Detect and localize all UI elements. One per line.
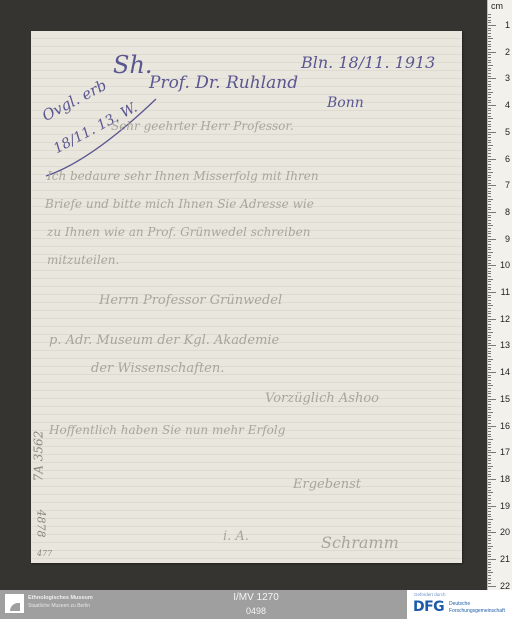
ruler-tick [488, 263, 491, 264]
ruler-tick [488, 303, 491, 304]
ruler-tick [488, 380, 491, 381]
ruler-tick [488, 308, 491, 309]
ruler-tick [488, 492, 493, 493]
ruler-label: 13 [500, 340, 510, 350]
ruler-tick [488, 305, 493, 306]
ruler-tick [488, 324, 491, 325]
ruler-tick [488, 150, 491, 151]
ruler-tick [488, 551, 491, 552]
ruler-tick [488, 161, 491, 162]
dfg-logo: Gefördert durch DFG Deutsche Forschungsg… [407, 590, 512, 619]
ruler-tick [488, 359, 493, 360]
ruler-tick [488, 463, 491, 464]
ruler-tick [488, 217, 491, 218]
page-number-small: 477 [37, 549, 52, 558]
ruler-tick [488, 199, 493, 200]
ruler-tick [488, 183, 491, 184]
ruler-tick [488, 121, 491, 122]
ruler-label: 2 [505, 47, 510, 57]
ruler-tick [488, 142, 491, 143]
ruler-tick [488, 329, 491, 330]
ruler-tick [488, 474, 491, 475]
underline-stroke [41, 91, 161, 181]
ruler-tick [488, 506, 496, 507]
ruler-tick [488, 522, 491, 523]
ruler-tick [488, 417, 491, 418]
body-line: Briefe und bitte mich Ihnen Sie Adresse … [45, 197, 314, 211]
ruler-tick [488, 70, 491, 71]
address-line: der Wissenschaften. [91, 361, 224, 376]
recipient-city: Bonn [327, 95, 364, 111]
ruler-tick [488, 153, 491, 154]
ruler-tick [488, 84, 491, 85]
cm-ruler: cm 12345678910111213141516171819202122 [487, 0, 512, 590]
ruler-tick [488, 364, 491, 365]
ruler-tick [488, 249, 491, 250]
ruler-tick [488, 458, 491, 459]
ruler-tick [488, 479, 496, 480]
ruler-tick [488, 431, 491, 432]
ruler-tick [488, 455, 491, 456]
ruler-tick [488, 367, 491, 368]
ruler-tick [488, 137, 491, 138]
ruler-tick [488, 393, 491, 394]
ruler-tick [488, 169, 491, 170]
ruler-tick [488, 345, 496, 346]
ruler-tick [488, 287, 491, 288]
ruler-tick [488, 351, 491, 352]
ruler-tick [488, 231, 491, 232]
ruler-label: 12 [500, 314, 510, 324]
ruler-tick [488, 532, 496, 533]
ruler-tick [488, 514, 491, 515]
ruler-tick [488, 385, 493, 386]
ruler-tick [488, 193, 491, 194]
ruler-tick [488, 17, 491, 18]
ruler-label: 4 [505, 100, 510, 110]
ruler-tick [488, 468, 491, 469]
letter-date: Bln. 18/11. 1913 [301, 53, 435, 72]
ruler-tick [488, 271, 491, 272]
ruler-tick [488, 185, 496, 186]
ruler-unit: cm [491, 1, 503, 11]
ruler-tick [488, 118, 493, 119]
ruler-tick [488, 257, 491, 258]
ruler-tick [488, 54, 491, 55]
ruler-tick [488, 209, 491, 210]
ruler-tick [488, 404, 491, 405]
ruler-tick [488, 524, 491, 525]
dfg-mark: DFG [413, 599, 444, 615]
ruler-tick [488, 543, 491, 544]
ruler-tick [488, 124, 491, 125]
ruler-tick [488, 49, 491, 50]
ruler-tick [488, 546, 493, 547]
ruler-tick [488, 279, 493, 280]
ruler-tick [488, 516, 491, 517]
ruler-tick [488, 44, 491, 45]
ruler-tick [488, 554, 491, 555]
ruler-tick [488, 586, 496, 587]
ruler-tick [488, 388, 491, 389]
body-line: mitzuteilen. [47, 253, 119, 267]
ruler-tick [488, 482, 491, 483]
ruler-tick [488, 284, 491, 285]
ruler-tick [488, 383, 491, 384]
ruler-tick [488, 375, 491, 376]
ruler-tick [488, 578, 491, 579]
ruler-tick [488, 167, 491, 168]
ruler-tick [488, 25, 496, 26]
salutation: Sehr geehrter Herr Professor. [111, 119, 294, 133]
ruler-tick [488, 159, 496, 160]
ruler-tick [488, 570, 491, 571]
ruler-tick [488, 236, 491, 237]
ruler-tick [488, 450, 491, 451]
ruler-tick [488, 527, 491, 528]
ruler-tick [488, 52, 496, 53]
ruler-tick [488, 36, 491, 37]
ruler-tick [488, 580, 491, 581]
ruler-tick [488, 252, 493, 253]
ruler-tick [488, 442, 491, 443]
ruler-tick [488, 289, 491, 290]
ruler-tick [488, 353, 491, 354]
ruler-tick [488, 97, 491, 98]
ruler-tick [488, 407, 491, 408]
ruler-tick [488, 311, 491, 312]
ruler-tick [488, 409, 491, 410]
ruler-tick [488, 113, 491, 114]
ruler-tick [488, 292, 496, 293]
ruler-tick [488, 508, 491, 509]
ruler-tick [488, 316, 491, 317]
ruler-tick [488, 332, 493, 333]
ruler-tick [488, 535, 491, 536]
ruler-tick [488, 60, 491, 61]
ruler-tick [488, 177, 491, 178]
ruler-tick [488, 212, 496, 213]
ruler-tick [488, 62, 491, 63]
signature: Schramm [321, 533, 399, 552]
ruler-tick [488, 327, 491, 328]
ruler-tick [488, 495, 491, 496]
scan-area: Sh. Prof. Dr. Ruhland Bln. 18/11. 1913 B… [0, 0, 512, 590]
vertical-number: 4878 [35, 510, 48, 538]
ruler-tick [488, 295, 491, 296]
address-line: Herrn Professor Grünwedel [99, 293, 282, 308]
ruler-tick [488, 484, 491, 485]
ruler-tick [488, 244, 491, 245]
ruler-tick [488, 14, 491, 15]
ruler-tick [488, 132, 496, 133]
ruler-label: 11 [501, 287, 510, 297]
ruler-tick [488, 490, 491, 491]
ruler-tick [488, 420, 491, 421]
ruler-tick [488, 46, 491, 47]
ruler-tick [488, 22, 491, 23]
ruler-tick [488, 452, 496, 453]
ruler-tick [488, 434, 491, 435]
ruler-tick [488, 225, 493, 226]
ruler-label: 20 [500, 527, 510, 537]
ruler-tick [488, 116, 491, 117]
ruler-tick [488, 361, 491, 362]
ruler-tick [488, 343, 491, 344]
ruler-tick [488, 41, 491, 42]
ruler-tick [488, 476, 491, 477]
body-line: Hoffentlich haben Sie nun mehr Erfolg [49, 423, 285, 437]
ruler-tick [488, 498, 491, 499]
ruler-label: 21 [500, 554, 510, 564]
closing: Ergebenst [293, 477, 361, 492]
ruler-tick [488, 300, 491, 301]
recipient-title: Prof. Dr. Ruhland [149, 73, 298, 93]
ruler-tick [488, 583, 491, 584]
ruler-tick [488, 391, 491, 392]
ruler-label: 19 [500, 501, 510, 511]
ruler-label: 16 [500, 421, 510, 431]
ruler-tick [488, 175, 491, 176]
ruler-tick [488, 412, 493, 413]
ruler-tick [488, 140, 491, 141]
ruler-tick [488, 356, 491, 357]
ruler-tick [488, 81, 491, 82]
ruler-label: 14 [500, 367, 510, 377]
ruler-tick [488, 530, 491, 531]
ruler-tick [488, 399, 496, 400]
ruler-tick [488, 148, 491, 149]
ruler-tick [488, 562, 491, 563]
ruler-tick [488, 415, 491, 416]
ruler-label: 5 [505, 127, 510, 137]
ruler-tick [488, 276, 491, 277]
ruler-tick [488, 396, 491, 397]
ruler-tick [488, 188, 491, 189]
ruler-tick [488, 28, 491, 29]
ruler-tick [488, 572, 493, 573]
ruler-label: 8 [505, 207, 510, 217]
ruler-tick [488, 538, 491, 539]
ruler-tick [488, 180, 491, 181]
ruler-tick [488, 191, 491, 192]
ruler-tick [488, 228, 491, 229]
ruler-tick [488, 86, 491, 87]
ruler-tick [488, 519, 493, 520]
ruler-tick [488, 466, 493, 467]
ruler-tick [488, 265, 496, 266]
body-line: Ich bedaure sehr Ihnen Misserfolg mit Ih… [47, 169, 319, 183]
ruler-tick [488, 207, 491, 208]
ruler-tick [488, 204, 491, 205]
ruler-tick [488, 220, 491, 221]
ruler-tick [488, 401, 491, 402]
ruler-tick [488, 57, 491, 58]
ruler-tick [488, 319, 496, 320]
ruler-tick [488, 447, 491, 448]
ruler-tick [488, 377, 491, 378]
ruler-tick [488, 102, 491, 103]
ruler-tick [488, 110, 491, 111]
ruler-label: 9 [505, 234, 510, 244]
dfg-name-line1: Deutsche [449, 601, 470, 607]
ruler-tick [488, 129, 491, 130]
ruler-tick [488, 426, 496, 427]
ruler-tick [488, 105, 496, 106]
per-procura: i. A. [223, 529, 249, 544]
ruler-tick [488, 460, 491, 461]
ruler-tick [488, 100, 491, 101]
ruler-tick [488, 126, 491, 127]
ruler-tick [488, 92, 493, 93]
ruler-tick [488, 548, 491, 549]
letter-page: Sh. Prof. Dr. Ruhland Bln. 18/11. 1913 B… [31, 31, 462, 563]
ruler-tick [488, 540, 491, 541]
ruler-tick [488, 337, 491, 338]
ruler-tick [488, 511, 491, 512]
ruler-tick [488, 439, 493, 440]
funded-by-label: Gefördert durch [414, 592, 446, 597]
ruler-tick [488, 255, 491, 256]
ruler-tick [488, 564, 491, 565]
ruler-tick [488, 281, 491, 282]
ruler-label: 15 [500, 394, 510, 404]
ruler-tick [488, 471, 491, 472]
ruler-tick [488, 145, 493, 146]
ruler-tick [488, 156, 491, 157]
ruler-tick [488, 340, 491, 341]
ruler-tick [488, 134, 491, 135]
body-line: zu Ihnen wie an Prof. Grünwedel schreibe… [47, 225, 311, 239]
ruler-tick [488, 78, 496, 79]
ruler-tick [488, 556, 491, 557]
ruler-tick [488, 201, 491, 202]
ruler-tick [488, 20, 491, 21]
stamp-initials: Sh. [113, 51, 153, 79]
ruler-tick [488, 260, 491, 261]
ruler-tick [488, 268, 491, 269]
ruler-tick [488, 108, 491, 109]
ruler-tick [488, 444, 491, 445]
ruler-label: 10 [500, 260, 510, 270]
ruler-tick [488, 273, 491, 274]
ruler-tick [488, 33, 491, 34]
ruler-tick [488, 30, 491, 31]
ruler-tick [488, 68, 491, 69]
ruler-tick [488, 423, 491, 424]
inventory-number: 7A 3562 [31, 431, 45, 482]
ruler-tick [488, 369, 491, 370]
ruler-tick [488, 89, 491, 90]
ruler-tick [488, 241, 491, 242]
body-line: Vorzüglich Ashoo [265, 391, 379, 406]
ruler-tick [488, 313, 491, 314]
ruler-tick [488, 172, 493, 173]
dfg-name-line2: Forschungsgemeinschaft [449, 608, 505, 614]
ruler-label: 17 [500, 447, 510, 457]
ruler-tick [488, 575, 491, 576]
ruler-tick [488, 65, 493, 66]
footer-bar: Ethnologisches Museum Staatliche Museen … [0, 590, 512, 619]
ruler-label: 6 [505, 154, 510, 164]
ruler-tick [488, 196, 491, 197]
ruler-tick [488, 297, 491, 298]
ruler-tick [488, 73, 491, 74]
ruler-tick [488, 500, 491, 501]
ruler-tick [488, 487, 491, 488]
ruler-tick [488, 164, 491, 165]
ruler-tick [488, 76, 491, 77]
ruler-tick [488, 428, 491, 429]
ruler-tick [488, 321, 491, 322]
ruler-tick [488, 239, 496, 240]
ruler-tick [488, 436, 491, 437]
ruler-label: 18 [500, 474, 510, 484]
ruler-label: 7 [505, 180, 510, 190]
ruler-label: 1 [505, 20, 510, 30]
ruler-tick [488, 38, 493, 39]
ruler-label: 3 [505, 73, 510, 83]
ruler-tick [488, 247, 491, 248]
ruler-tick [488, 215, 491, 216]
ruler-tick [488, 348, 491, 349]
ruler-tick [488, 503, 491, 504]
ruler-tick [488, 223, 491, 224]
ruler-tick [488, 559, 496, 560]
address-line: p. Adr. Museum der Kgl. Akademie [49, 333, 279, 348]
ruler-tick [488, 335, 491, 336]
ruler-tick [488, 233, 491, 234]
ruler-tick [488, 567, 491, 568]
ruler-tick [488, 94, 491, 95]
ruler-tick [488, 372, 496, 373]
